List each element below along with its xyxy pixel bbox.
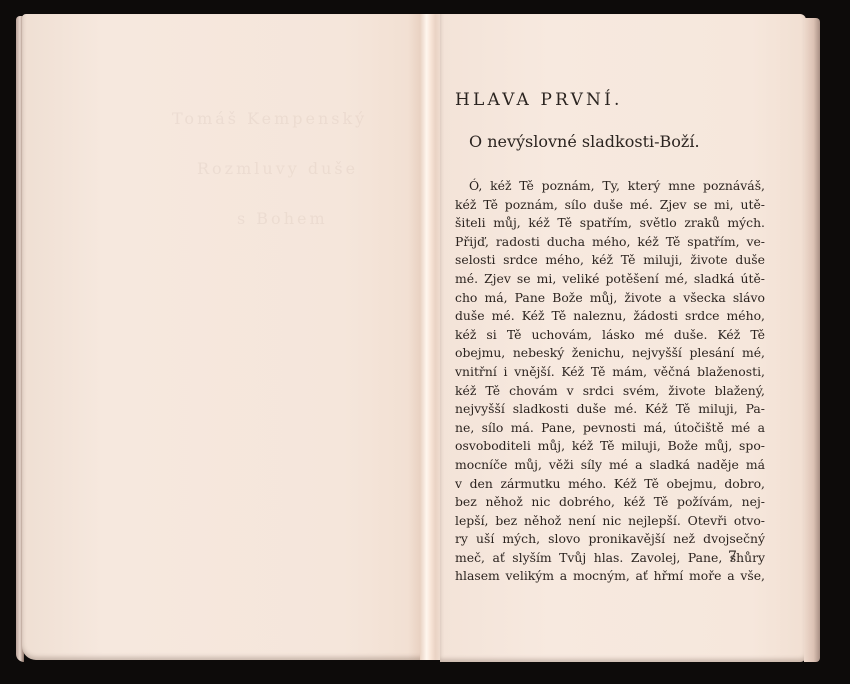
text-line: šiteli můj, kéž Tě spatřím, světlo zraků… bbox=[455, 214, 765, 233]
right-page-edge bbox=[804, 18, 820, 662]
chapter-heading: HLAVA PRVNÍ. bbox=[455, 90, 765, 110]
text-line: obejmu, nebeský ženichu, nejvyšší plesán… bbox=[455, 344, 765, 363]
text-line: meč, ať slyším Tvůj hlas. Zavolej, Pane,… bbox=[455, 549, 765, 568]
bleed-through-text: s Bohem bbox=[237, 209, 328, 228]
text-line: kéž Tě poznám, sílo duše mé. Zjev se mi,… bbox=[455, 196, 765, 215]
text-line: v den zármutku mého. Kéž Tě obejmu, dobr… bbox=[455, 475, 765, 494]
right-page-content: HLAVA PRVNÍ. O nevýslovné sladkosti-Boží… bbox=[455, 90, 765, 586]
text-line: cho má, Pane Bože můj, živote a všecka s… bbox=[455, 289, 765, 308]
bleed-through-text: Tomáš Kempenský bbox=[172, 109, 367, 128]
book-gutter bbox=[420, 14, 442, 660]
text-line: ne, sílo má. Pane, pevnosti má, útočiště… bbox=[455, 419, 765, 438]
chapter-title: O nevýslovné sladkosti-Boží. bbox=[469, 132, 765, 151]
text-line: osvoboditeli můj, kéž Tě miluji, Bože mů… bbox=[455, 437, 765, 456]
left-page: Tomáš Kempenský Rozmluvy duše s Bohem bbox=[22, 14, 424, 660]
text-line: mé. Zjev se mi, veliké potěšení mé, slad… bbox=[455, 270, 765, 289]
text-line: Přijď, radosti ducha mého, kéž Tě spatří… bbox=[455, 233, 765, 252]
text-line: lepší, bez něhož není nic nejlepší. Otev… bbox=[455, 512, 765, 531]
body-text: Ó, kéž Tě poznám, Ty, který mne poznáváš… bbox=[455, 177, 765, 586]
text-line: vnitřní i vnější. Kéž Tě mám, věčná blaž… bbox=[455, 363, 765, 382]
text-line: kéž si Tě uchovám, lásko mé duše. Kéž Tě bbox=[455, 326, 765, 345]
bleed-through-text: Rozmluvy duše bbox=[197, 159, 358, 178]
text-line: mocníče můj, věži síly mé a sladká naděj… bbox=[455, 456, 765, 475]
text-line: kéž Tě chovám v srdci svém, živote blaže… bbox=[455, 382, 765, 401]
page-number: 7 bbox=[728, 549, 737, 565]
text-line: ry uší mých, slovo pronikavější než dvoj… bbox=[455, 530, 765, 549]
text-line: Ó, kéž Tě poznám, Ty, který mne poznáváš… bbox=[455, 177, 765, 196]
text-line: hlasem velikým a mocným, ať hřmí moře a … bbox=[455, 567, 765, 586]
text-line: bez něhož nic dobrého, kéž Tě požívám, n… bbox=[455, 493, 765, 512]
text-line: nejvyšší sladkosti duše mé. Kéž Tě miluj… bbox=[455, 400, 765, 419]
text-line: duše mé. Kéž Tě naleznu, žádosti srdce m… bbox=[455, 307, 765, 326]
text-line: selosti srdce mého, kéž Tě miluji, život… bbox=[455, 251, 765, 270]
